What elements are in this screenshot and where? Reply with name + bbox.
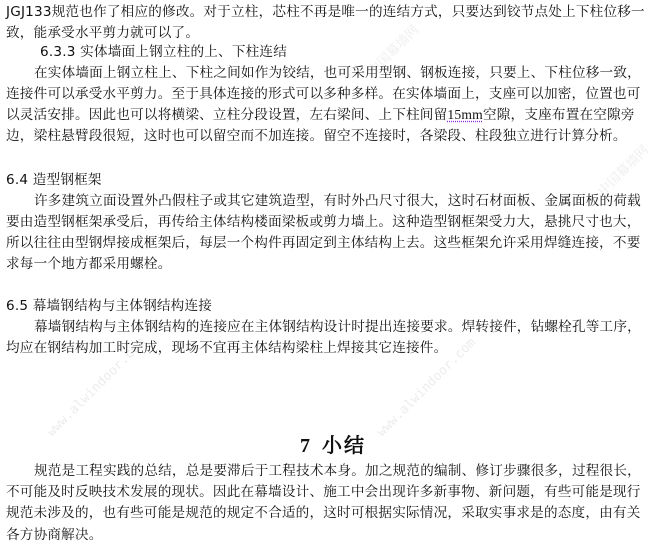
section-6-4-line-4: 求每一个地方都采用螺栓。 xyxy=(6,254,172,274)
section-6-3-3-line-1: 在实体墙面上钢立柱上、下柱之间如作为铰结，也可采用型钢、钢板连接，只要上、下柱位… xyxy=(34,63,641,83)
section-6-3-3-line-4: 边，梁柱悬臂段很短，这时也可以留空而不加连接。留空不连接时，各梁段、柱段独立进行… xyxy=(6,126,627,146)
section-6-3-3-heading: 6.3.3 实体墙面上钢立柱的上、下柱连结 xyxy=(40,42,287,62)
chapter-7-line-1: 规范是工程实践的总结，总是要滞后于工程技术本身。加之规范的编制、修订步骤很多，过… xyxy=(34,461,641,481)
section-6-3-3-line-3a: 以灵活安排。因此也可以将横梁、立柱分段设置，左右梁间、上下柱间留 xyxy=(6,107,447,123)
section-6-4-line-2: 要由造型钢框架承受后，再传给主体结构楼面梁板或剪力墙上。这种造型钢框架受力大，悬… xyxy=(6,212,641,232)
section-6-3-3-line-2: 连接件可以承受水平剪力。至于具体连接的形式可以多种多样。在实体墙面上，支座可以加… xyxy=(6,84,641,104)
section-6-3-3-line-3: 以灵活安排。因此也可以将横梁、立柱分段设置，左右梁间、上下柱间留15mm空隙，支… xyxy=(6,105,635,125)
chapter-7-line-2: 不可能及时反映技术发展的现状。因此在幕墙设计、施工中会出现许多新事物、新问题，有… xyxy=(6,482,641,502)
section-6-3-3-line-3b: 空隙，支座布置在空隙旁 xyxy=(483,107,635,123)
section-6-4-line-3: 所以往往由型钢焊接成框架后，每层一个构件再固定到主体结构上去。这些框架允许采用焊… xyxy=(6,233,641,253)
section-6-5-line-2: 均应在钢结构加工时完成，现场不宜再主体结构梁柱上焊接其它连接件。 xyxy=(6,338,447,358)
section-6-4-line-1: 许多建筑立面设置外凸假柱子或其它建筑造型，有时外凸尺寸很大，这时石材面板、金属面… xyxy=(34,191,641,211)
chapter-number: 7 xyxy=(300,435,312,457)
chapter-7-line-4: 各方协商解决。 xyxy=(6,525,103,545)
gap-value-link[interactable]: 15mm xyxy=(447,107,483,122)
chapter-7-heading: 7小结 xyxy=(0,429,666,458)
section-6-4-heading: 6.4 造型钢框架 xyxy=(6,170,102,190)
intro-line-2: 致，能承受水平剪力就可以了。 xyxy=(6,23,199,43)
chapter-title: 小结 xyxy=(322,435,366,457)
intro-line-1: JGJ133规范也作了相应的修改。对于立柱，芯柱不再是唯一的连结方式，只要达到铰… xyxy=(6,2,645,22)
section-6-5-line-1: 幕墙钢结构与主体钢结构的连接应在主体钢结构设计时提出连接要求。焊转接件，钻螺栓孔… xyxy=(34,317,641,337)
chapter-7-line-3: 规范未涉及的，也有些可能是规范的规定不合适的，这时可根据实际情况，采取实事求是的… xyxy=(6,503,641,523)
section-6-5-heading: 6.5 幕墙钢结构与主体钢结构连接 xyxy=(6,296,212,316)
